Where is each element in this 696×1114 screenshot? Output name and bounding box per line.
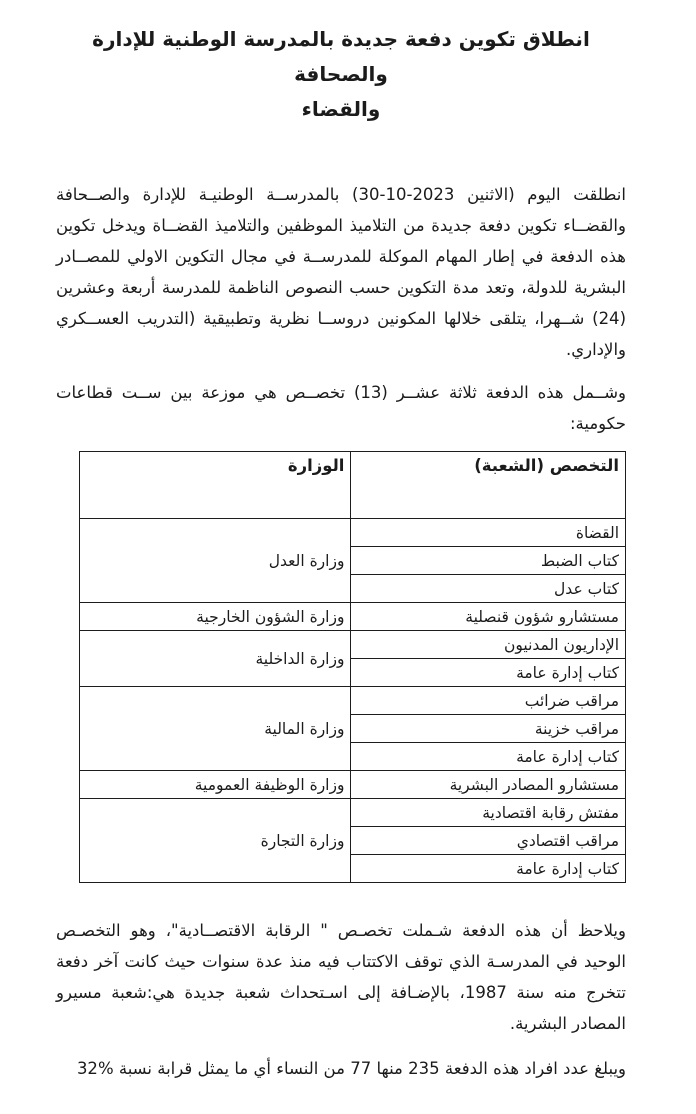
specialty-cell: مستشارو المصادر البشرية: [351, 771, 626, 799]
specialty-cell: مراقب ضرائب: [351, 687, 626, 715]
specialties-ministries-table: التخصص (الشعبة) الوزارة القضاة وزارة الع…: [79, 451, 626, 883]
stats-paragraph: ويبلغ عدد افراد هذه الدفعة 235 منها 77 م…: [56, 1053, 626, 1084]
ministry-cell: وزارة الوظيفة العمومية: [80, 771, 351, 799]
specialty-cell: كتاب إدارة عامة: [351, 743, 626, 771]
specialty-column-header: التخصص (الشعبة): [351, 452, 626, 519]
ministry-cell: وزارة العدل: [80, 519, 351, 603]
ministry-column-header: الوزارة: [80, 452, 351, 519]
ministry-cell: وزارة التجارة: [80, 799, 351, 883]
specialty-cell: كتاب إدارة عامة: [351, 855, 626, 883]
document-page: انطلاق تكوين دفعة جديدة بالمدرسة الوطنية…: [0, 0, 696, 1114]
table-row: مفتش رقابة اقتصادية وزارة التجارة: [80, 799, 626, 827]
intro-paragraph: انطلقت اليوم (الاثنين 2023-10-30) بالمدر…: [56, 179, 626, 365]
page-title-line-1: انطلاق تكوين دفعة جديدة بالمدرسة الوطنية…: [56, 22, 626, 92]
ministry-cell: وزارة الشؤون الخارجية: [80, 603, 351, 631]
specialty-cell: مفتش رقابة اقتصادية: [351, 799, 626, 827]
page-title-line-2: والقضاء: [56, 92, 626, 127]
page-title: انطلاق تكوين دفعة جديدة بالمدرسة الوطنية…: [56, 22, 626, 127]
specialty-cell: مستشارو شؤون قنصلية: [351, 603, 626, 631]
specialty-cell: مراقب اقتصادي: [351, 827, 626, 855]
ministry-cell: وزارة المالية: [80, 687, 351, 771]
table-header-row: التخصص (الشعبة) الوزارة: [80, 452, 626, 519]
specialty-cell: كتاب إدارة عامة: [351, 659, 626, 687]
note-paragraph: ويلاحظ أن هذه الدفعة شـملت تخصـص " الرقا…: [56, 915, 626, 1039]
table-row: مستشارو شؤون قنصلية وزارة الشؤون الخارجي…: [80, 603, 626, 631]
specialties-count-paragraph: وشــمل هذه الدفعة ثلاثة عشــر (13) تخصــ…: [56, 377, 626, 439]
specialty-cell: كتاب الضبط: [351, 547, 626, 575]
table-row: مراقب ضرائب وزارة المالية: [80, 687, 626, 715]
table-row: القضاة وزارة العدل: [80, 519, 626, 547]
table-row: مستشارو المصادر البشرية وزارة الوظيفة ال…: [80, 771, 626, 799]
ministry-cell: وزارة الداخلية: [80, 631, 351, 687]
specialty-cell: كتاب عدل: [351, 575, 626, 603]
specialty-cell: مراقب خزينة: [351, 715, 626, 743]
specialty-cell: الإداريون المدنيون: [351, 631, 626, 659]
table-row: الإداريون المدنيون وزارة الداخلية: [80, 631, 626, 659]
specialty-cell: القضاة: [351, 519, 626, 547]
